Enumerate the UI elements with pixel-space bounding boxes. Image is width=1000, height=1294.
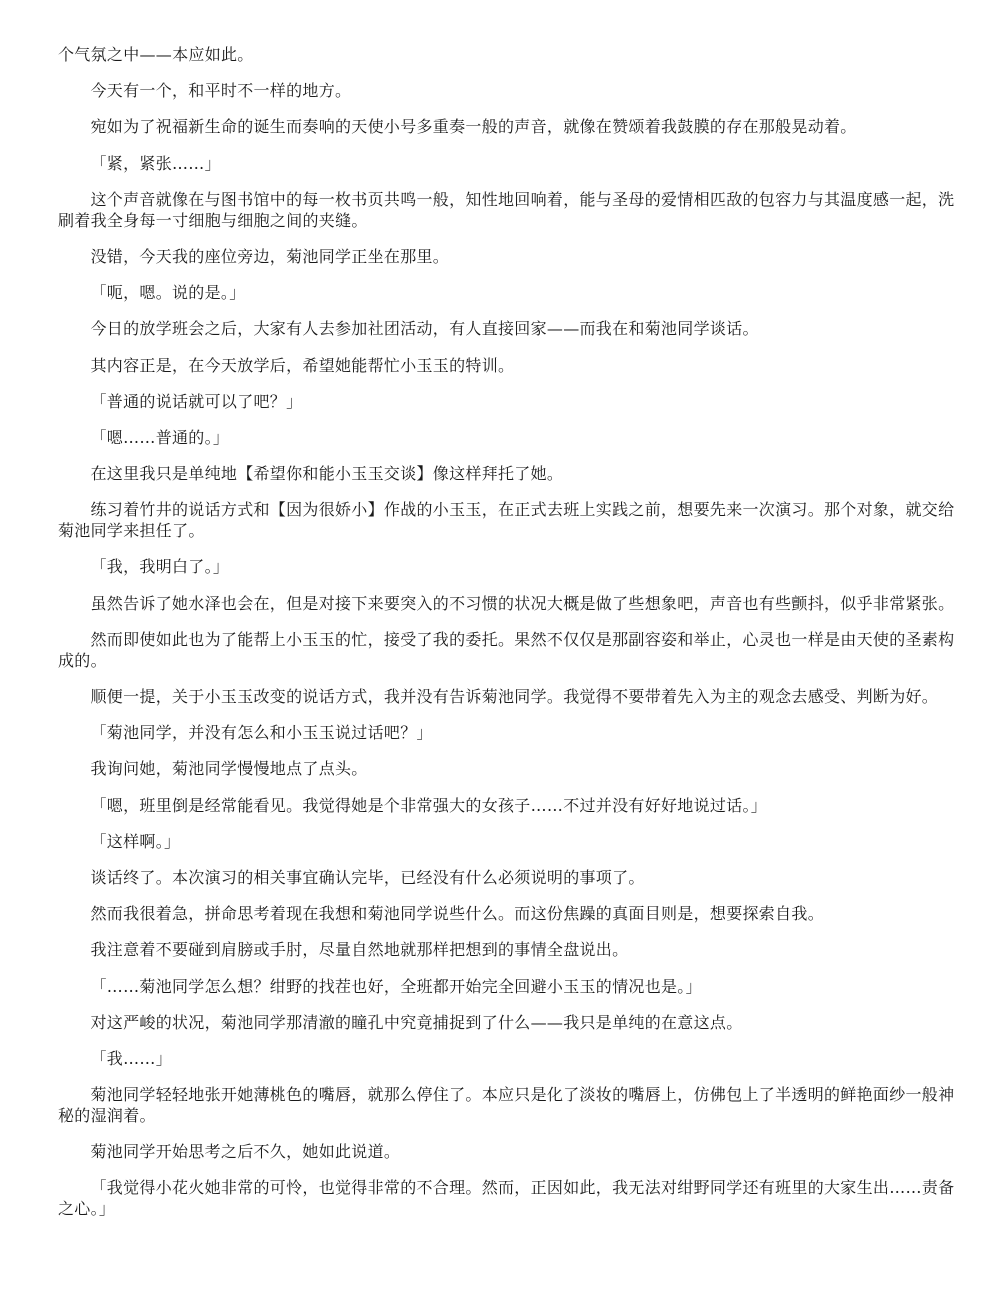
dialogue-paragraph: 「嗯……普通的。」 [58, 427, 970, 448]
paragraph: 菊池同学开始思考之后不久，她如此说道。 [58, 1141, 970, 1162]
paragraph: 今日的放学班会之后，大家有人去参加社团活动，有人直接回家——而我在和菊池同学谈话… [58, 318, 970, 339]
paragraph: 在这里我只是单纯地【希望你和能小玉玉交谈】像这样拜托了她。 [58, 463, 970, 484]
dialogue-paragraph: 「我……」 [58, 1048, 970, 1069]
paragraph: 其内容正是，在今天放学后，希望她能帮忙小玉玉的特训。 [58, 355, 970, 376]
dialogue-paragraph: 「我，我明白了。」 [58, 556, 970, 577]
dialogue-paragraph: 「嗯，班里倒是经常能看见。我觉得她是个非常强大的女孩子……不过并没有好好地说过话… [58, 795, 970, 816]
dialogue-paragraph: 「普通的说话就可以了吧？」 [58, 391, 970, 412]
document-page: 个气氛之中——本应如此。 今天有一个，和平时不一样的地方。 宛如为了祝福新生命的… [58, 44, 970, 1235]
paragraph: 虽然告诉了她水泽也会在，但是对接下来要突入的不习惯的状况大概是做了些想象吧，声音… [58, 593, 970, 614]
paragraph: 个气氛之中——本应如此。 [58, 44, 970, 65]
dialogue-paragraph: 「我觉得小花火她非常的可怜，也觉得非常的不合理。然而，正因如此，我无法对绀野同学… [58, 1177, 970, 1219]
paragraph: 练习着竹井的说话方式和【因为很娇小】作战的小玉玉，在正式去班上实践之前，想要先来… [58, 499, 970, 541]
paragraph: 然而即使如此也为了能帮上小玉玉的忙，接受了我的委托。果然不仅仅是那副容姿和举止，… [58, 629, 970, 671]
paragraph: 宛如为了祝福新生命的诞生而奏响的天使小号多重奏一般的声音，就像在赞颂着我鼓膜的存… [58, 116, 970, 137]
paragraph: 我注意着不要碰到肩膀或手肘，尽量自然地就那样把想到的事情全盘说出。 [58, 939, 970, 960]
paragraph: 没错，今天我的座位旁边，菊池同学正坐在那里。 [58, 246, 970, 267]
dialogue-paragraph: 「菊池同学，并没有怎么和小玉玉说过话吧？」 [58, 722, 970, 743]
paragraph: 谈话终了。本次演习的相关事宜确认完毕，已经没有什么必须说明的事项了。 [58, 867, 970, 888]
dialogue-paragraph: 「这样啊。」 [58, 831, 970, 852]
paragraph: 菊池同学轻轻地张开她薄桃色的嘴唇，就那么停住了。本应只是化了淡妆的嘴唇上，仿佛包… [58, 1084, 970, 1126]
dialogue-paragraph: 「呃，嗯。说的是。」 [58, 282, 970, 303]
paragraph: 然而我很着急，拼命思考着现在我想和菊池同学说些什么。而这份焦躁的真面目则是，想要… [58, 903, 970, 924]
paragraph: 对这严峻的状况，菊池同学那清澈的瞳孔中究竟捕捉到了什么——我只是单纯的在意这点。 [58, 1012, 970, 1033]
paragraph: 今天有一个，和平时不一样的地方。 [58, 80, 970, 101]
paragraph: 顺便一提，关于小玉玉改变的说话方式，我并没有告诉菊池同学。我觉得不要带着先入为主… [58, 686, 970, 707]
paragraph: 这个声音就像在与图书馆中的每一枚书页共鸣一般，知性地回响着，能与圣母的爱情相匹敌… [58, 189, 970, 231]
dialogue-paragraph: 「……菊池同学怎么想？绀野的找茬也好，全班都开始完全回避小玉玉的情况也是。」 [58, 976, 970, 997]
dialogue-paragraph: 「紧，紧张……」 [58, 153, 970, 174]
paragraph: 我询问她，菊池同学慢慢地点了点头。 [58, 758, 970, 779]
